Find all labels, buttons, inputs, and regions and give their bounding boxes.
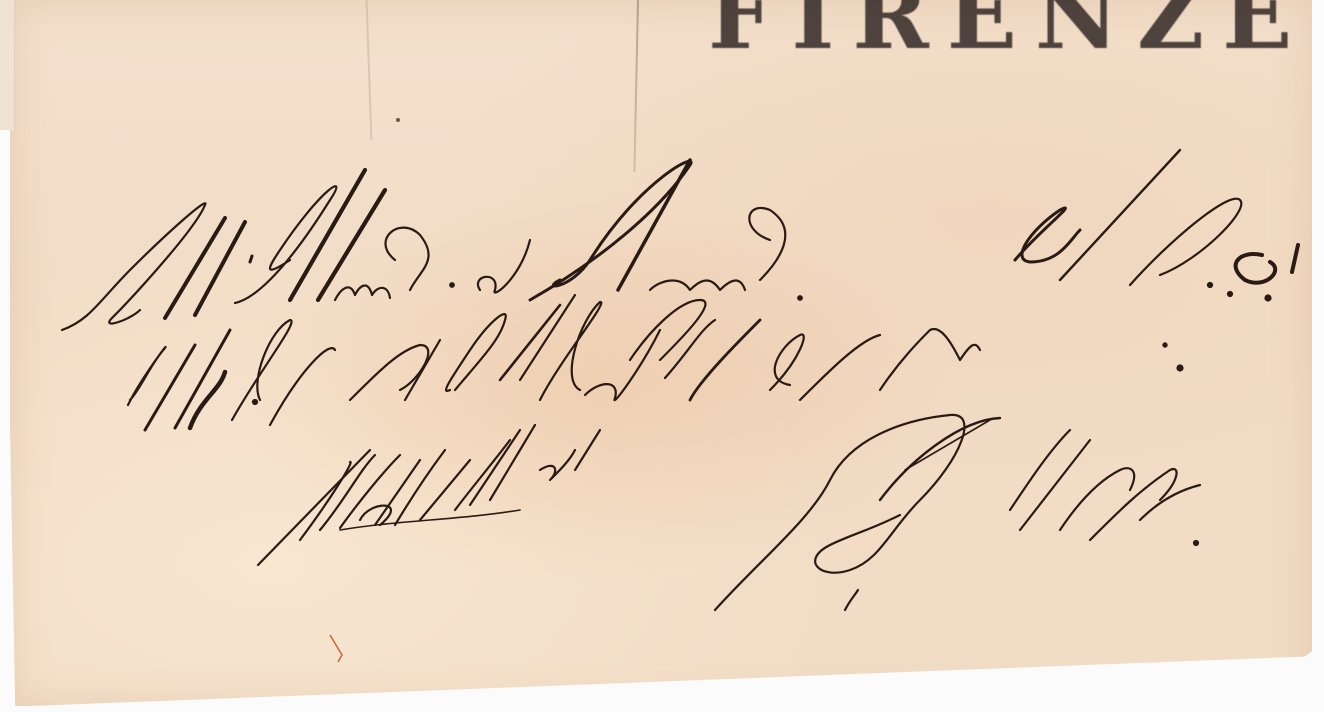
- handwritten-address: [0, 0, 1324, 712]
- address-line-2: [128, 295, 1183, 430]
- address-line-3: [258, 415, 1200, 610]
- red-stain-mark: [330, 635, 342, 662]
- paper-speck: [396, 118, 400, 122]
- address-line-1: [62, 150, 1298, 330]
